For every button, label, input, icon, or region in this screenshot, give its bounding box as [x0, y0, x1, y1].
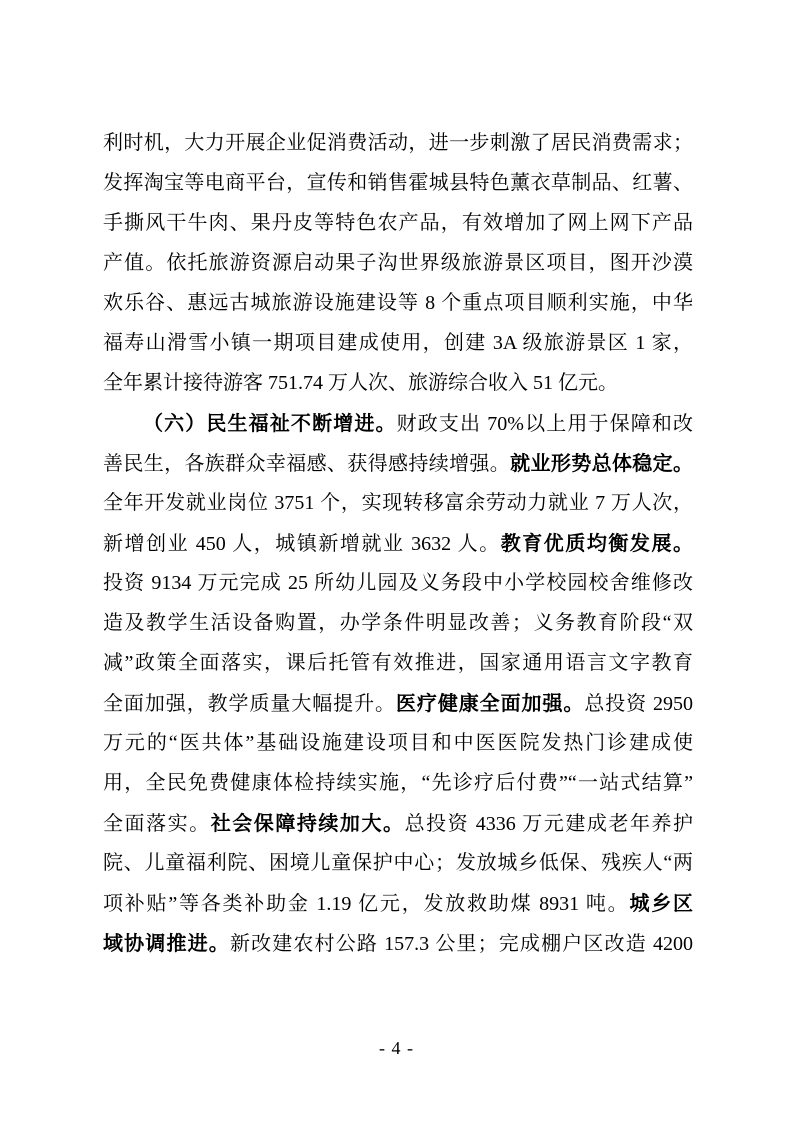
section-heading-run: 医疗健康全面加强。 [396, 691, 584, 715]
text-line: 新增创业 450 人，城镇新增就业 3632 人。教育优质均衡发展。 [103, 523, 693, 563]
text-line: 欢乐谷、惠远古城旅游设施建设等 8 个重点项目顺利实施，中华 [103, 283, 693, 323]
page-number: - 4 - [379, 1038, 414, 1058]
text-run: 全年累计接待游客 751.74 万人次、旅游综合收入 51 亿元。 [103, 372, 618, 394]
text-line: 手撕风干牛肉、果丹皮等特色农产品，有效增加了网上网下产品 [103, 203, 693, 243]
text-line: 福寿山滑雪小镇一期项目建成使用，创建 3A 级旅游景区 1 家， [103, 323, 693, 363]
text-run: 利时机，大力开展企业促消费活动，进一步刺激了居民消费需求； [103, 132, 693, 154]
text-run: 手撕风干牛肉、果丹皮等特色农产品，有效增加了网上网下产品 [103, 212, 693, 234]
text-line: 全面落实。社会保障持续加大。总投资 4336 万元建成老年养护 [103, 803, 693, 843]
section-heading-run: （六）民生福祉不断增进。 [143, 411, 397, 435]
text-run: 欢乐谷、惠远古城旅游设施建设等 8 个重点项目顺利实施，中华 [103, 292, 693, 314]
section-heading-run: 域协调推进。 [103, 931, 230, 955]
text-run: 全年开发就业岗位 3751 个，实现转移富余劳动力就业 7 万人次， [103, 492, 693, 514]
text-run: 发挥淘宝等电商平台，宣传和销售霍城县特色薰衣草制品、红薯、 [103, 172, 693, 194]
text-run: 造及教学生活设备购置，办学条件明显改善；义务教育阶段“双 [103, 612, 693, 634]
text-line: 投资 9134 万元完成 25 所幼儿园及义务段中小学校园校舍维修改 [103, 563, 693, 603]
text-run: 全面加强，教学质量大幅提升。 [103, 693, 396, 715]
document-page: 利时机，大力开展企业促消费活动，进一步刺激了居民消费需求；发挥淘宝等电商平台，宣… [0, 0, 793, 1122]
text-run: 财政支出 70%以上用于保障和改 [397, 413, 693, 435]
text-run: 投资 9134 万元完成 25 所幼儿园及义务段中小学校园校舍维修改 [103, 572, 693, 594]
section-heading-run: 就业形势总体稳定。 [510, 451, 693, 475]
text-line: 利时机，大力开展企业促消费活动，进一步刺激了居民消费需求； [103, 123, 693, 163]
text-run: 产值。依托旅游资源启动果子沟世界级旅游景区项目，图开沙漠 [103, 252, 693, 274]
text-run: 总投资 4336 万元建成老年养护 [405, 813, 693, 835]
text-line: 发挥淘宝等电商平台，宣传和销售霍城县特色薰衣草制品、红薯、 [103, 163, 693, 203]
text-run: 用，全民免费健康体检持续实施，“先诊疗后付费”“一站式结算” [103, 772, 693, 794]
text-run: 减”政策全面落实，课后托管有效推进，国家通用语言文字教育 [103, 652, 693, 674]
text-line: 减”政策全面落实，课后托管有效推进，国家通用语言文字教育 [103, 643, 693, 683]
text-line: 造及教学生活设备购置，办学条件明显改善；义务教育阶段“双 [103, 603, 693, 643]
text-run: 新改建农村公路 157.3 公里；完成棚户区改造 4200 [230, 933, 693, 955]
text-line: 项补贴”等各类补助金 1.19 亿元，发放救助煤 8931 吨。城乡区 [103, 883, 693, 923]
section-heading-run: 城乡区 [629, 891, 693, 915]
text-line: 产值。依托旅游资源启动果子沟世界级旅游景区项目，图开沙漠 [103, 243, 693, 283]
text-line: （六）民生福祉不断增进。财政支出 70%以上用于保障和改 [103, 403, 693, 443]
text-line: 全年累计接待游客 751.74 万人次、旅游综合收入 51 亿元。 [103, 363, 693, 403]
text-line: 善民生，各族群众幸福感、获得感持续增强。就业形势总体稳定。 [103, 443, 693, 483]
section-heading-run: 教育优质均衡发展。 [501, 531, 693, 555]
text-line: 万元的“医共体”基础设施建设项目和中医医院发热门诊建成使 [103, 723, 693, 763]
text-run: 院、儿童福利院、困境儿童保护中心；发放城乡低保、残疾人“两 [103, 852, 693, 874]
text-run: 新增创业 450 人，城镇新增就业 3632 人。 [103, 533, 501, 555]
page-footer: - 4 - [0, 1038, 793, 1059]
text-line: 全面加强，教学质量大幅提升。医疗健康全面加强。总投资 2950 [103, 683, 693, 723]
text-line: 院、儿童福利院、困境儿童保护中心；发放城乡低保、残疾人“两 [103, 843, 693, 883]
text-line: 用，全民免费健康体检持续实施，“先诊疗后付费”“一站式结算” [103, 763, 693, 803]
text-run: 总投资 2950 [584, 693, 693, 715]
text-run: 善民生，各族群众幸福感、获得感持续增强。 [103, 453, 510, 475]
document-body: 利时机，大力开展企业促消费活动，进一步刺激了居民消费需求；发挥淘宝等电商平台，宣… [103, 123, 693, 963]
text-run: 全面落实。 [103, 813, 211, 835]
text-run: 福寿山滑雪小镇一期项目建成使用，创建 3A 级旅游景区 1 家， [103, 332, 693, 354]
text-line: 全年开发就业岗位 3751 个，实现转移富余劳动力就业 7 万人次， [103, 483, 693, 523]
section-heading-run: 社会保障持续加大。 [211, 811, 405, 835]
text-run: 项补贴”等各类补助金 1.19 亿元，发放救助煤 8931 吨。 [103, 893, 629, 915]
text-line: 域协调推进。新改建农村公路 157.3 公里；完成棚户区改造 4200 [103, 923, 693, 963]
text-run: 万元的“医共体”基础设施建设项目和中医医院发热门诊建成使 [103, 732, 693, 754]
